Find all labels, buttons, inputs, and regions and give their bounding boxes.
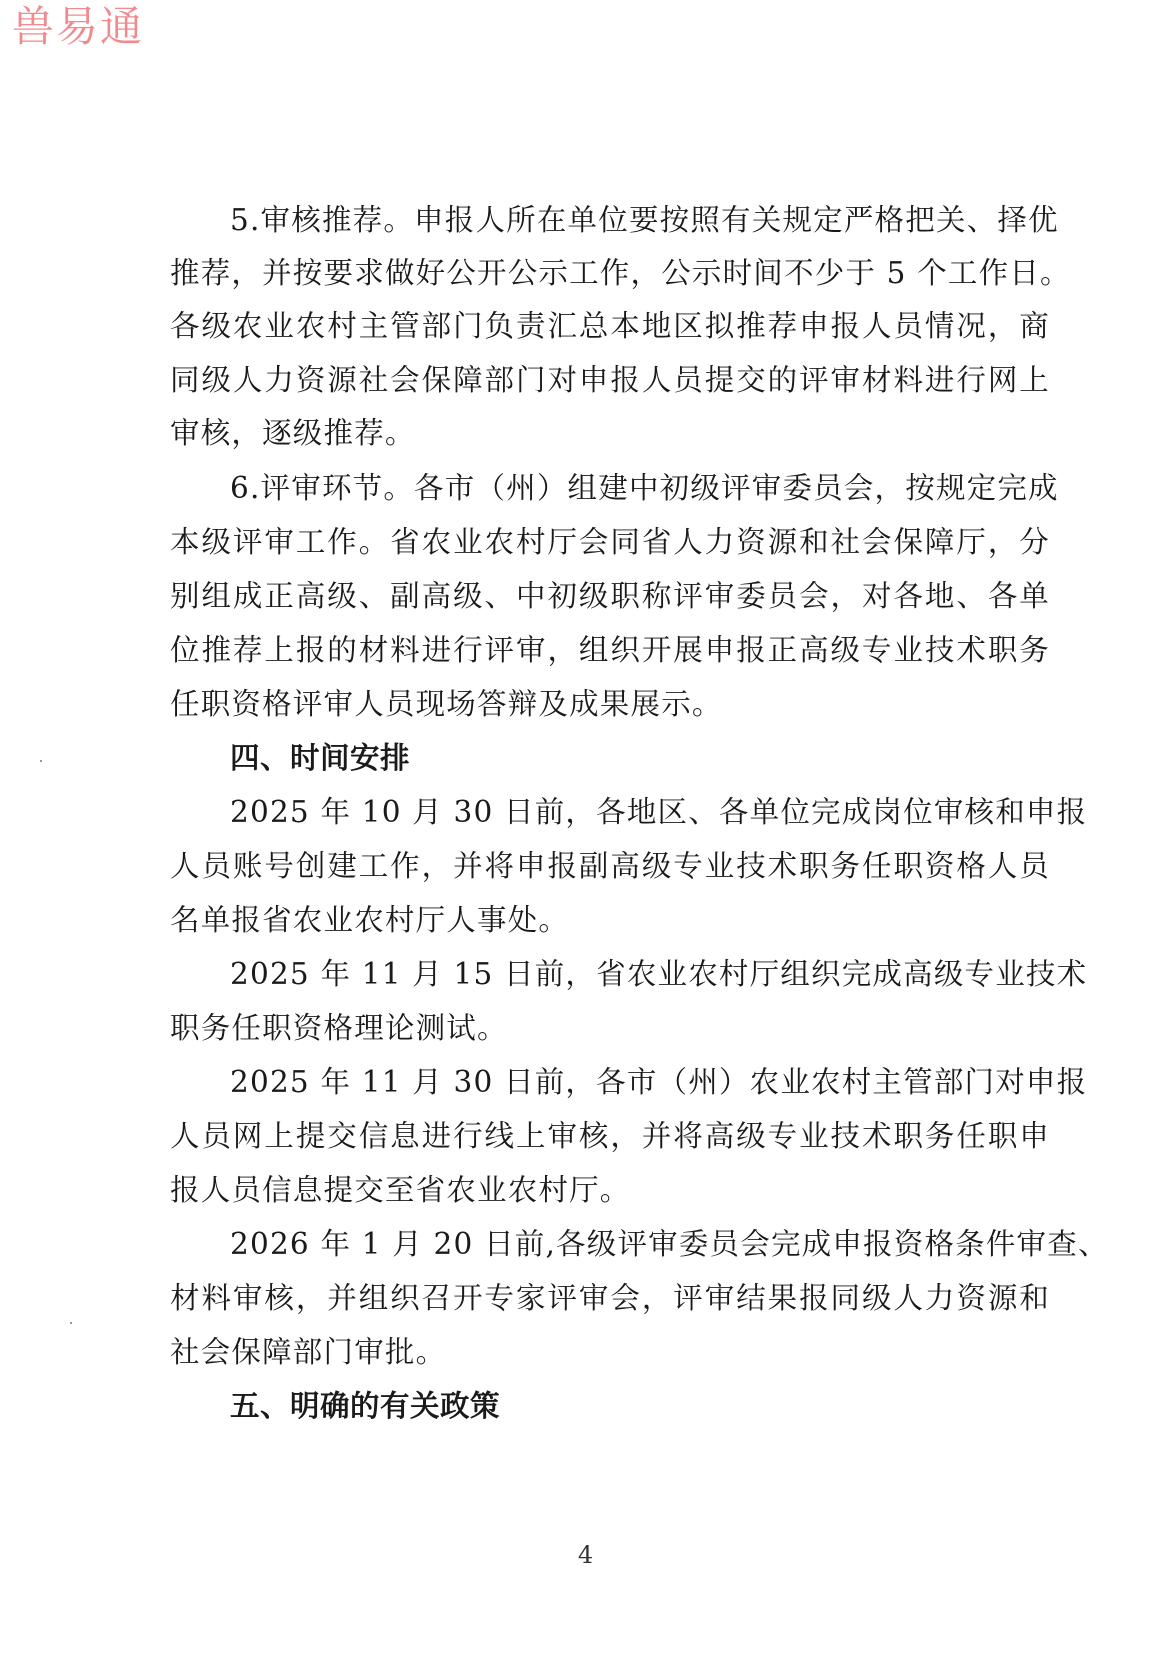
text-line: 报人员信息提交至省农业农村厅。 (170, 1170, 1050, 1210)
text-line: 社会保障部门审批。 (170, 1332, 1050, 1372)
text-line: 材料审核，并组织召开专家评审会，评审结果报同级人力资源和 (170, 1278, 1050, 1318)
page-number: 4 (0, 1540, 1171, 1570)
text-line: 人员账号创建工作，并将申报副高级专业技术职务任职资格人员 (170, 846, 1050, 886)
text-line: 推荐，并按要求做好公开公示工作，公示时间不少于 5 个工作日。 (170, 253, 1050, 293)
text-line: 位推荐上报的材料进行评审，组织开展申报正高级专业技术职务 (170, 630, 1050, 670)
text-line: 名单报省农业农村厅人事处。 (170, 900, 1050, 940)
section-heading-relevant-policies: 五、明确的有关政策 (230, 1386, 1050, 1426)
text-line: 2025 年 11 月 30 日前，各市（州）农业农村主管部门对申报 (230, 1062, 1050, 1102)
text-line: 5.审核推荐。申报人所在单位要按照有关规定严格把关、择优 (230, 200, 1050, 240)
text-line: 本级评审工作。省农业农村厅会同省人力资源和社会保障厅，分 (170, 522, 1050, 562)
scan-speck (40, 760, 42, 762)
section-heading-time-schedule: 四、时间安排 (230, 738, 1050, 778)
text-line: 人员网上提交信息进行线上审核，并将高级专业技术职务任职申 (170, 1116, 1050, 1156)
text-line: 2025 年 11 月 15 日前，省农业农村厅组织完成高级专业技术 (230, 954, 1050, 994)
document-page: 兽易通 5.审核推荐。申报人所在单位要按照有关规定严格把关、择优 推荐，并按要求… (0, 0, 1171, 1657)
text-line: 审核，逐级推荐。 (170, 413, 1050, 453)
text-line: 任职资格评审人员现场答辩及成果展示。 (170, 684, 1050, 724)
text-line: 6.评审环节。各市（州）组建中初级评审委员会，按规定完成 (230, 468, 1050, 508)
text-line: 同级人力资源社会保障部门对申报人员提交的评审材料进行网上 (170, 360, 1050, 400)
text-line: 2025 年 10 月 30 日前，各地区、各单位完成岗位审核和申报 (230, 792, 1050, 832)
watermark-logo: 兽易通 (12, 2, 144, 52)
text-line: 各级农业农村主管部门负责汇总本地区拟推荐申报人员情况，商 (170, 306, 1050, 346)
text-line: 别组成正高级、副高级、中初级职称评审委员会，对各地、各单 (170, 576, 1050, 616)
text-line: 2026 年 1 月 20 日前,各级评审委员会完成申报资格条件审查、 (230, 1224, 1050, 1264)
scan-speck (70, 1322, 72, 1324)
text-line: 职务任职资格理论测试。 (170, 1008, 1050, 1048)
